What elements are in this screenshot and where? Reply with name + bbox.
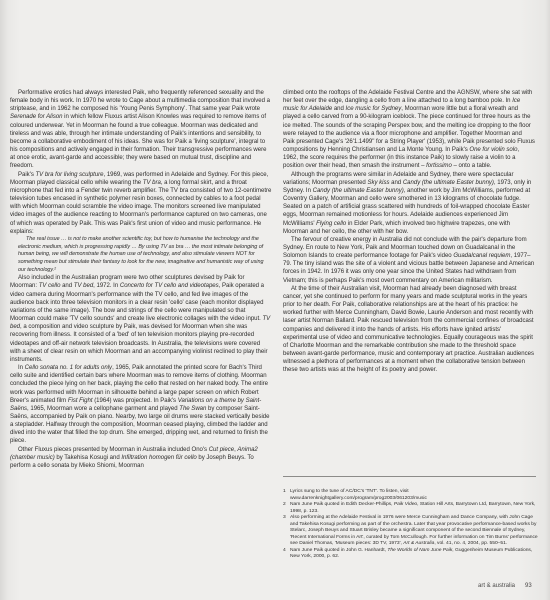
text: , vol. 41, no. 4, 2004, pp. 550–51. [434, 541, 507, 546]
text: Other Fluxus pieces presented by Moorman… [18, 447, 209, 453]
text: , a long formal skirt, and a throat micr… [10, 180, 271, 235]
page-number: 93 [525, 583, 532, 589]
text: Paik's [18, 172, 35, 178]
work-title: The Swan [179, 406, 206, 412]
paragraph: Also included in the Australian program … [10, 274, 272, 364]
work-title: Flying cello [316, 221, 346, 227]
paragraph: At the time of their Australian visit, M… [283, 285, 535, 375]
work-title: Art & Australia [403, 541, 434, 546]
footnote-text: Also performing at the Adelaide Festival… [290, 515, 539, 548]
work-title: TV bra for living sculpture [35, 172, 103, 178]
right-column: climbed onto the rooftops of the Adelaid… [283, 89, 535, 374]
left-column: Performative erotics had always interest… [10, 89, 272, 470]
work-title: TV bra [143, 180, 161, 186]
footnote-4: 4 Nam June Paik quoted in John G. Hanhar… [283, 548, 539, 561]
page-footer: art & australia93 [478, 583, 532, 589]
footnote-2: 2 Nam June Paik quoted in Edith Decker-P… [283, 502, 539, 515]
text: by Takehisa Kosugi and [55, 455, 122, 461]
work-title: Candy (the ultimate Easter bunny) [403, 180, 494, 186]
text: – onto a table. [452, 163, 492, 169]
work-title: One for violin solo [469, 147, 517, 153]
emphasis: fortissimo [426, 163, 452, 169]
work-title: The Worlds of Nam June Paik [387, 548, 452, 553]
work-title: Ice music for Sydney [346, 106, 402, 112]
magazine-page: Performative erotics had always interest… [0, 0, 550, 600]
work-title: Fist Fight [68, 398, 93, 404]
block-quote: The real issue … is not to make another … [10, 236, 272, 275]
text: in which fellow Fluxus artist Alison Kno… [10, 114, 266, 169]
paragraph: Paik's TV bra for living sculpture, 1969… [10, 171, 272, 236]
footnote-number: 4 [283, 548, 290, 561]
work-title: Serenade for Alison [10, 114, 63, 120]
text: Lyrics sung to the tune of AC/DC's 'TNT'… [290, 489, 427, 501]
work-title: Cut piece [209, 447, 234, 453]
paragraph: Although the programs were similar in Ad… [283, 171, 535, 236]
work-title: Paik Video [394, 502, 417, 507]
paragraph: The fervour of creative energy in Austra… [283, 236, 535, 285]
footnote-1: 1 Lyrics sung to the tune of AC/DC's 'TN… [283, 489, 539, 502]
footnote-text: Nam June Paik quoted in John G. Hanhardt… [290, 548, 539, 561]
paragraph: Performative erotics had always interest… [10, 89, 272, 171]
work-title: Concerto for TV cello and videotapes [120, 283, 219, 289]
text: and [332, 106, 345, 112]
text: Nam June Paik quoted in Edith Decker-Phi… [290, 502, 394, 507]
work-title: Guadalcanal requiem [453, 253, 510, 259]
footnote-text: Lyrics sung to the tune of AC/DC's 'TNT'… [290, 489, 539, 502]
text: , a composition and video sculpture by P… [10, 324, 268, 363]
text: Performative erotics had always interest… [10, 90, 270, 112]
footnotes: 1 Lyrics sung to the tune of AC/DC's 'TN… [283, 489, 539, 561]
footnote-divider [283, 476, 536, 477]
work-title: Candy (the ultimate Easter bunny) [313, 188, 404, 194]
work-title: TV cello [39, 283, 61, 289]
footnote-3: 3 Also performing at the Adelaide Festiv… [283, 515, 539, 548]
magazine-name: art & australia [478, 583, 515, 589]
footnote-text: Nam June Paik quoted in Edith Decker-Phi… [290, 502, 539, 515]
work-title: Cello sonata no. 1 for adults only [25, 365, 112, 371]
text: In [18, 365, 25, 371]
text: (1964) was projected. In Paik's [93, 398, 178, 404]
paragraph: Other Fluxus pieces presented by Moorman… [10, 446, 272, 470]
footnote-number: 1 [283, 489, 290, 502]
text: climbed onto the rooftops of the Adelaid… [283, 90, 532, 104]
paragraph: In Cello sonata no. 1 for adults only, 1… [10, 364, 272, 446]
work-title: Sky kiss [367, 180, 389, 186]
footnote-number: 3 [283, 515, 290, 548]
paragraph: climbed onto the rooftops of the Adelaid… [283, 89, 535, 171]
text: and [60, 283, 73, 289]
text: , 1965, Moorman wore a cellophane garmen… [27, 406, 179, 412]
text: Nam June Paik quoted in John G. Hanhardt… [290, 548, 387, 553]
work-title: Infiltration homogen für cello [121, 455, 196, 461]
work-title: TV bed [74, 283, 93, 289]
text: and [389, 180, 402, 186]
footnote-number: 2 [283, 502, 290, 515]
text: , 1972. In [93, 283, 120, 289]
